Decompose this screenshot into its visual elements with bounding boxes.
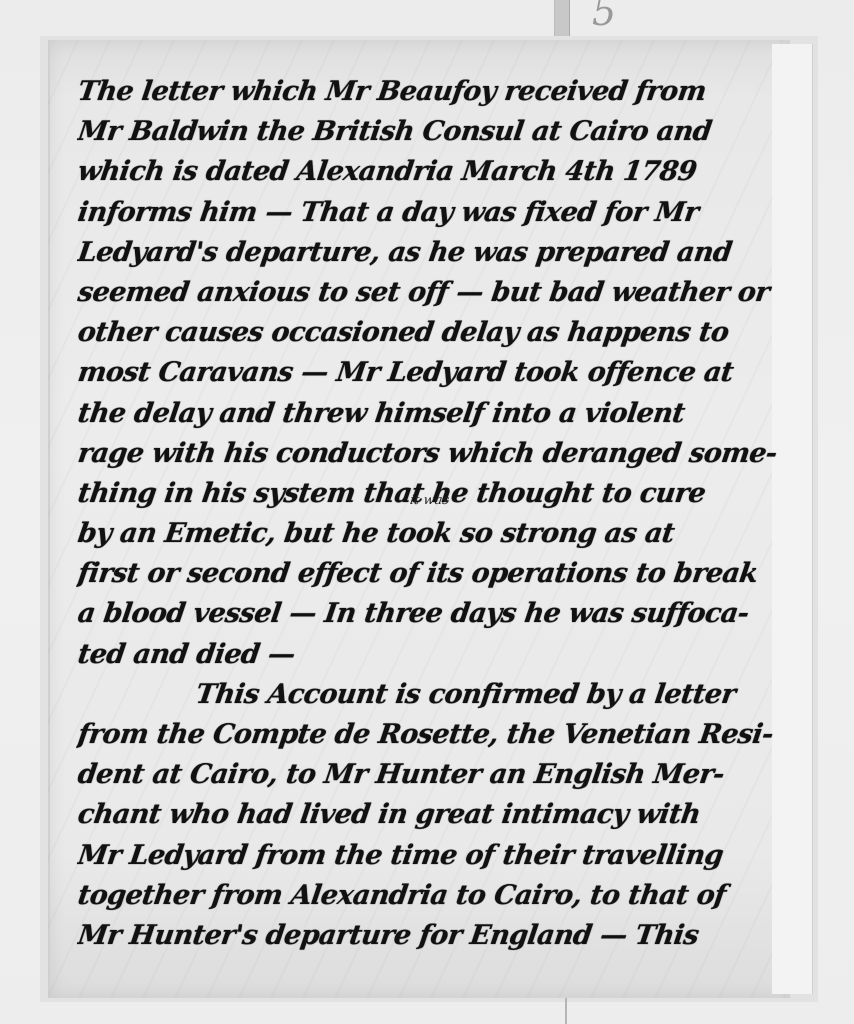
folio-number: 5 [592,0,616,34]
paragraph-start-line: This Account is confirmed by a letter [75,675,781,715]
text-line: Mr Ledyard from the time of their travel… [75,836,781,876]
text-line: which is dated Alexandria March 4th 1789 [75,152,781,192]
text-line: ted and died — [75,635,781,675]
text-line: dent at Cairo, to Mr Hunter an English M… [75,755,781,795]
text-line: a blood vessel — In three days he was su… [75,594,781,634]
text-line: from the Compte de Rosette, the Venetian… [75,715,781,755]
text-line: most Caravans — Mr Ledyard took offence … [75,353,781,393]
manuscript-text: The letter which Mr Beaufoy received fro… [78,72,778,956]
text-line: chant who had lived in great intimacy wi… [75,795,781,835]
text-line: informs him — That a day was fixed for M… [75,193,781,233]
text-line: Ledyard's departure, as he was prepared … [75,233,781,273]
text-line: The letter which Mr Beaufoy received fro… [75,72,781,112]
text-line: together from Alexandria to Cairo, to th… [75,876,781,916]
text-line: other causes occasioned delay as happens… [75,313,781,353]
text-line: Mr Hunter's departure for England — This [75,916,781,956]
text-line: rage with his conductors which deranged … [75,434,781,474]
text-line: Mr Baldwin the British Consul at Cairo a… [75,112,781,152]
archive-tab-top [554,0,570,40]
archive-tab-bottom [565,998,567,1024]
text-line: by an Emetic, but he took so strong as a… [75,514,781,554]
interlinear-insertion: it was [409,493,450,508]
text-line: the delay and threw himself into a viole… [75,394,781,434]
text-line: seemed anxious to set off — but bad weat… [75,273,781,313]
text-line: first or second effect of its operations… [75,554,781,594]
